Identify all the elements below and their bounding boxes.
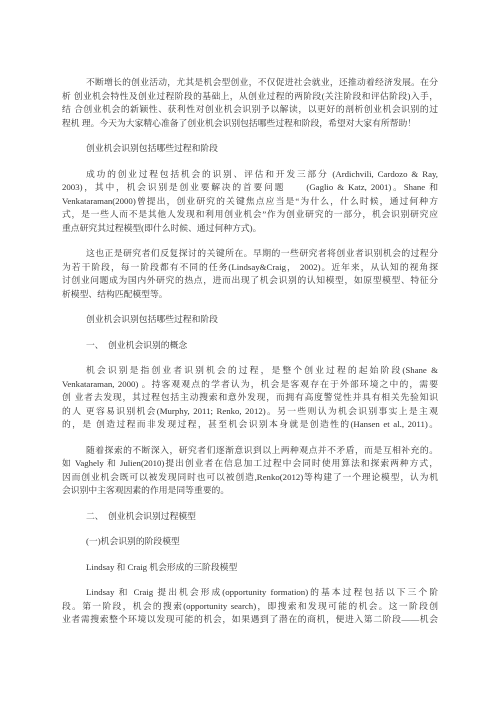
numbered-heading-two: 二、 创业机会识别过程模型 [62, 510, 438, 524]
heading-text: 一、 创业机会识别的概念 [62, 339, 438, 353]
article-text-block: 不断增长的创业活动，尤其是机会型创业，不仅促进社会就业，还推动着经济发展。在分 … [62, 76, 438, 627]
heading-text: 二、 创业机会识别过程模型 [62, 510, 438, 524]
text-line: 2003)，其中，机会识别是创业要解决的首要问题 (Gaglio & Katz,… [62, 181, 438, 195]
text-line: 这也正是研究者们反复探讨的关键所在。早期的一些研究者将创业者识别机会的过程分 [62, 247, 438, 261]
text-line: 为若干阶段，每一阶段都有不同的任务(Lindsay&Craig， 2002)。近… [62, 261, 438, 275]
text-line: 的人 更容易识别机会(Murphy, 2011; Renko, 2012)。另一… [62, 405, 438, 419]
section-heading: 创业机会识别包括哪些过程和阶段 [62, 142, 438, 156]
text-line: 讨创业问题成为国内外研究的热点，进而出现了机会识别的认知模型，如原型模型、特征分 [62, 274, 438, 288]
text-line: 会识别中主客观因素的作用是同等重要的。 [62, 484, 438, 498]
text-line: 重点研究其过程模型(即什么时候、通过何种方式)。 [62, 222, 438, 236]
text-line: 程机 理。今天为大家精心准备了创业机会识别包括哪些过程和阶段，希望对大家有所帮助… [62, 117, 438, 131]
text-line: Venkataraman, 2000) 。持客观观点的学者认为，机会是客观存在于… [62, 378, 438, 392]
text-line: 随着探索的不断深入，研究者们逐渐意识到以上两种观点并不矛盾，而是互相补充的。 [62, 444, 438, 458]
text-line: 机会识别是指创业者识别机会的过程，是整个创业过程的起始阶段(Shane & [62, 364, 438, 378]
text-line: 的，是 创造过程而非发现过程，甚至机会识别本身就是创造性的(Hansen et … [62, 418, 438, 432]
heading-text: 创业机会识别包括哪些过程和阶段 [62, 313, 438, 327]
document-page: 不断增长的创业活动，尤其是机会型创业，不仅促进社会就业，还推动着经济发展。在分 … [0, 0, 500, 707]
model-heading: Lindsay 和 Craig 机会形成的三阶段模型 [62, 561, 438, 575]
text-line: 成功的创业过程包括机会的识别、评估和开发三部分 (Ardichvili, Car… [62, 168, 438, 182]
text-line: 析模型、结构匹配模型等。 [62, 288, 438, 302]
text-line: 因而创业机会既可以被发现同时也可以被创造,Renko(2012)等构建了一个理论… [62, 471, 438, 485]
text-line: Venkataraman(2000)曾提出，创业研究的关键焦点应当是“为什么，什… [62, 195, 438, 209]
text-line: 业者需搜索整个环境以发现可能的机会，如果遇到了潜在的商机，便进入第二阶段——机会 [62, 613, 438, 627]
paragraph: 这也正是研究者们反复探讨的关键所在。早期的一些研究者将创业者识别机会的过程分 为… [62, 247, 438, 301]
text-line: Lindsay 和 Craig 提出机会形成(opportunity forma… [62, 586, 438, 600]
paragraph: 成功的创业过程包括机会的识别、评估和开发三部分 (Ardichvili, Car… [62, 168, 438, 236]
text-line: 不断增长的创业活动，尤其是机会型创业，不仅促进社会就业，还推动着经济发展。在分 [62, 76, 438, 90]
heading-text: (一)机会识别的阶段模型 [62, 535, 438, 549]
text-line: 结 合创业机会的新颖性、获利性对创业机会识别予以解读，以更好的剖析创业机会识别的… [62, 103, 438, 117]
heading-text: Lindsay 和 Craig 机会形成的三阶段模型 [62, 561, 438, 575]
paragraph: 机会识别是指创业者识别机会的过程，是整个创业过程的起始阶段(Shane & Ve… [62, 364, 438, 432]
section-heading: 创业机会识别包括哪些过程和阶段 [62, 313, 438, 327]
paragraph: Lindsay 和 Craig 提出机会形成(opportunity forma… [62, 586, 438, 627]
heading-text: 创业机会识别包括哪些过程和阶段 [62, 142, 438, 156]
sub-heading: (一)机会识别的阶段模型 [62, 535, 438, 549]
paragraph: 随着探索的不断深入，研究者们逐渐意识到以上两种观点并不矛盾，而是互相补充的。 如… [62, 444, 438, 498]
text-line: 段。第一阶段，机会的搜索(opportunity search)，即搜索和发现可… [62, 600, 438, 614]
text-line: 析 创业机会特性及创业过程阶段的基础上，从创业过程的两阶段(关注阶段和评估阶段)… [62, 90, 438, 104]
text-line: 创 业者去发现，其过程包括主动搜索和意外发现，而拥有高度警觉性并具有相关先验知识 [62, 391, 438, 405]
text-line: 如 Vaghely 和 Julien(2010)提出创业者在信息加工过程中会同时… [62, 457, 438, 471]
numbered-heading-one: 一、 创业机会识别的概念 [62, 339, 438, 353]
text-line: 式，是一些人而不是其他人发现和利用创业机会”作为创业研究的一部分，机会识别研究应 [62, 208, 438, 222]
intro-paragraph: 不断增长的创业活动，尤其是机会型创业，不仅促进社会就业，还推动着经济发展。在分 … [62, 76, 438, 130]
